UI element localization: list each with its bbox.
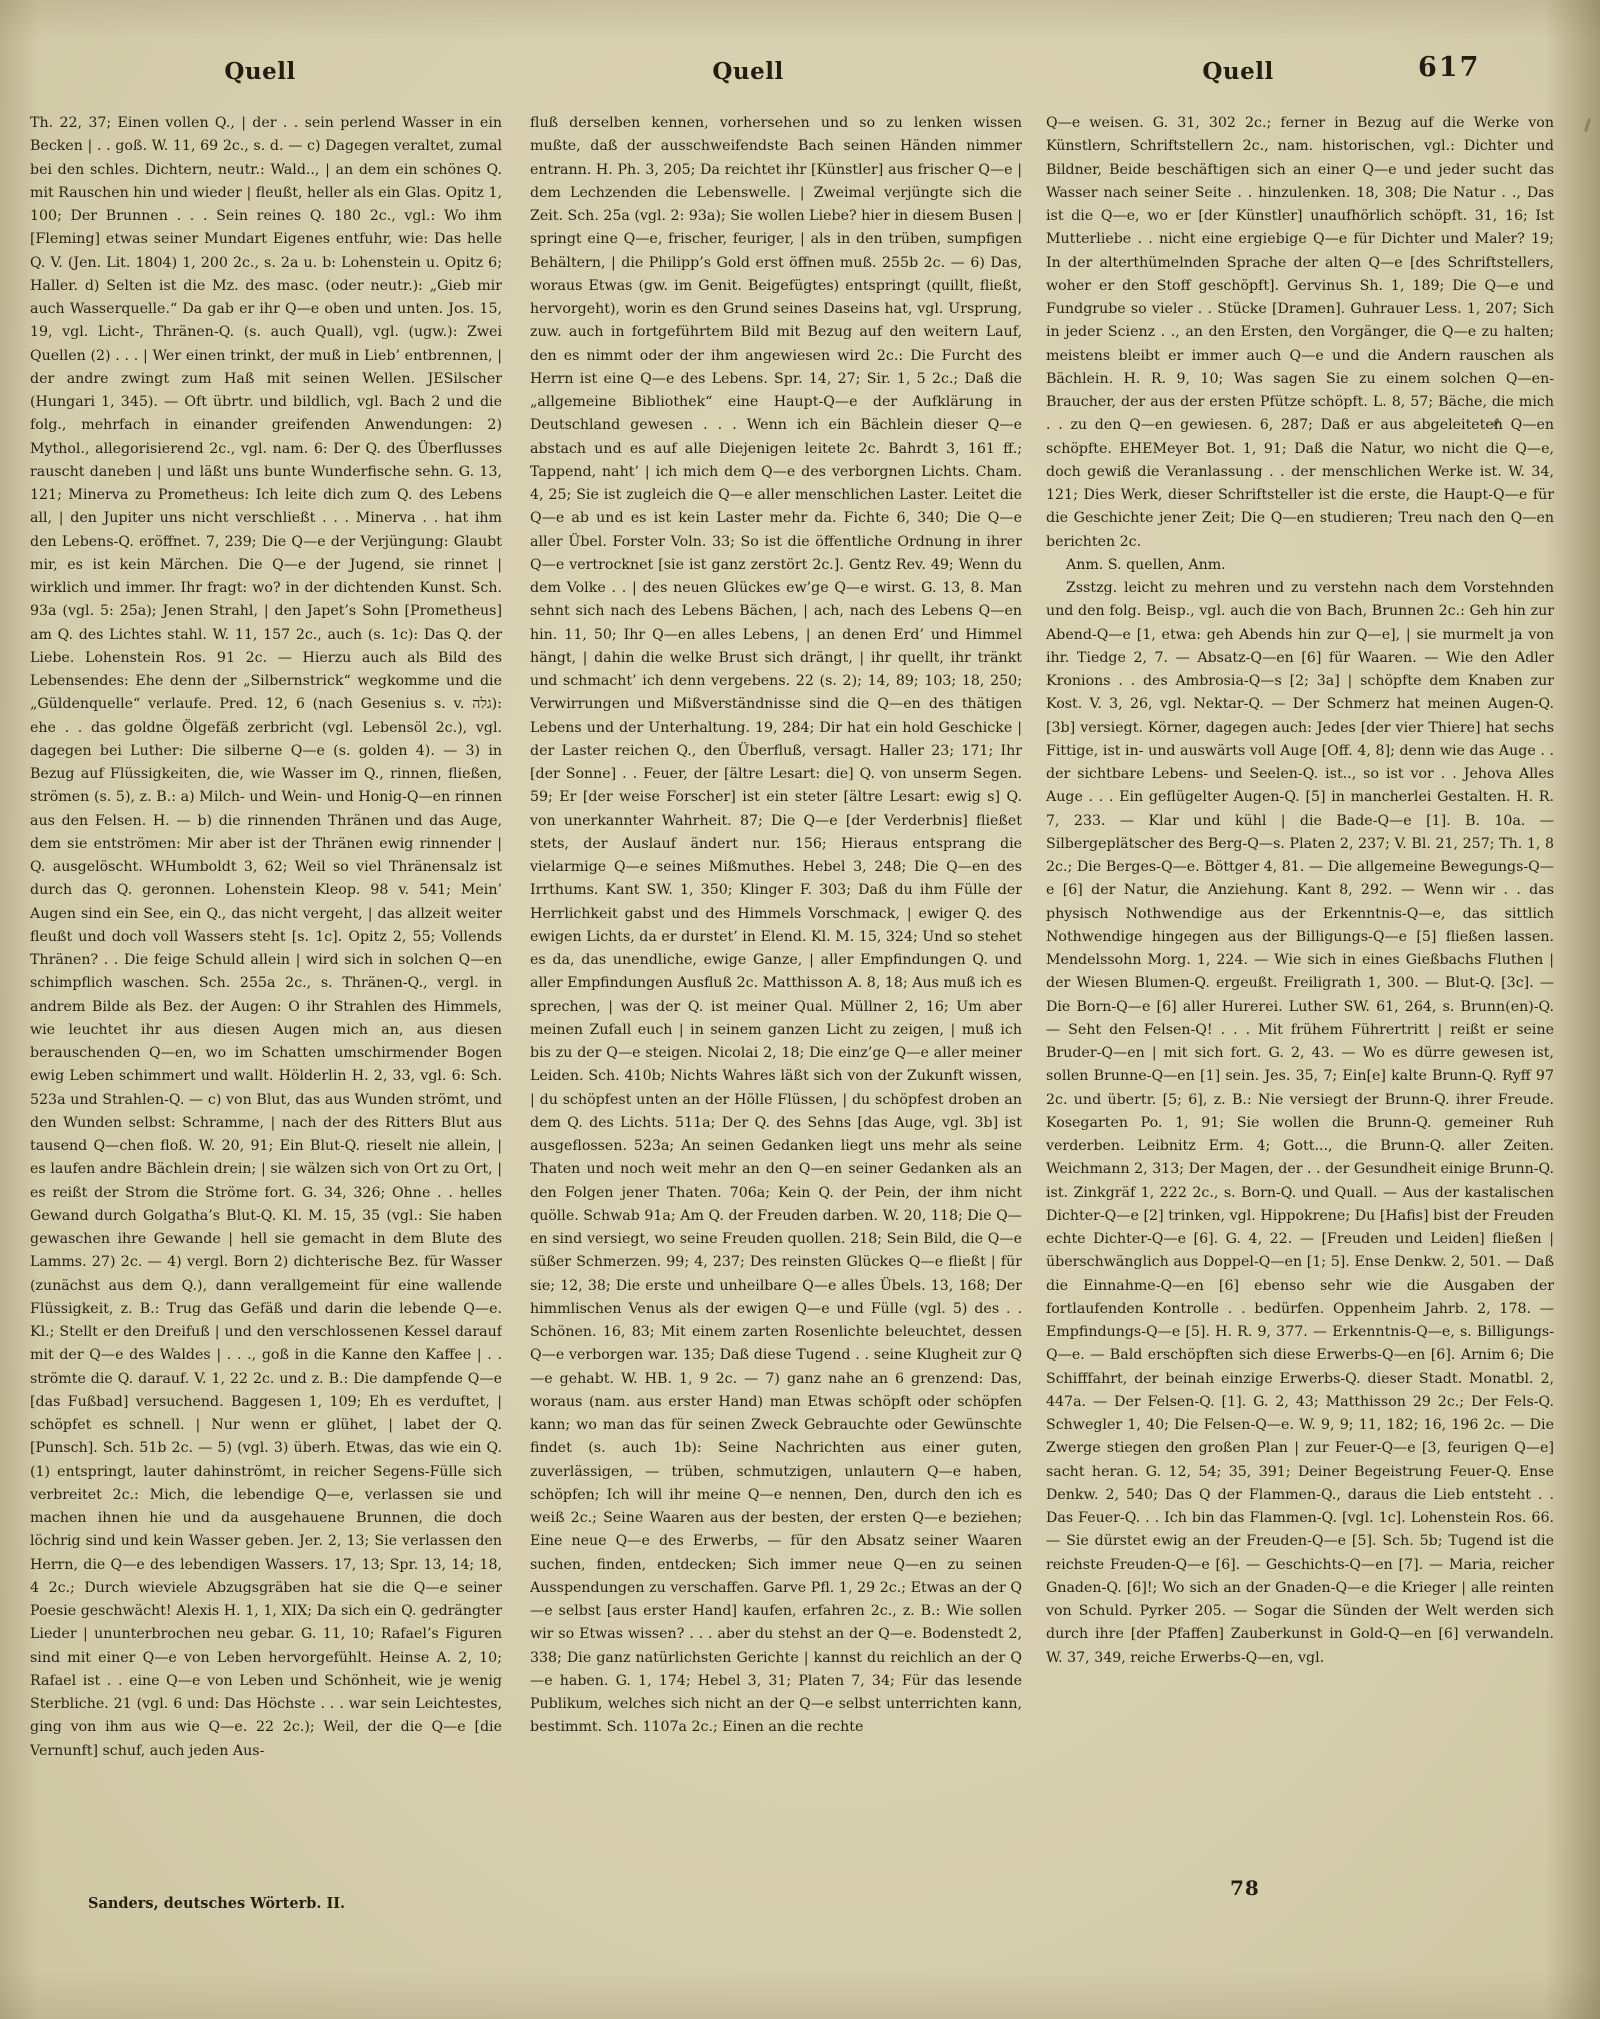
column-3-anm-paragraph: Anm. S. quellen, Anm. bbox=[1046, 554, 1554, 577]
scanned-dictionary-page: Quell Quell Quell 617 Th. 22, 37; Einen … bbox=[0, 0, 1600, 2019]
scan-speck bbox=[365, 1448, 372, 1454]
text-column-3: Q—e weisen. G. 31, 302 2c.; ferner in Be… bbox=[1046, 112, 1554, 1884]
text-column-2: fluß derselben kennen, vorhersehen und s… bbox=[530, 112, 1022, 1884]
scan-speck bbox=[1584, 118, 1591, 132]
text-column-1: Th. 22, 37; Einen vollen Q., | der . . s… bbox=[30, 112, 502, 1884]
column-3-main-text: Q—e weisen. G. 31, 302 2c.; ferner in Be… bbox=[1046, 112, 1554, 554]
running-head-right: Quell bbox=[1202, 58, 1273, 85]
volume-signature: Sanders, deutsches Wörterb. II. bbox=[88, 1895, 345, 1912]
page-number: 617 bbox=[1418, 52, 1480, 83]
column-2-text: fluß derselben kennen, vorhersehen und s… bbox=[530, 112, 1022, 1740]
sheet-number: 78 bbox=[1230, 1876, 1260, 1900]
column-1-text: Th. 22, 37; Einen vollen Q., | der . . s… bbox=[30, 112, 502, 1763]
column-3-zsstzg-paragraph: Zsstzg. leicht zu mehren und zu verstehn… bbox=[1046, 577, 1554, 1670]
running-head-center: Quell bbox=[712, 58, 783, 85]
running-head-left: Quell bbox=[224, 58, 295, 85]
